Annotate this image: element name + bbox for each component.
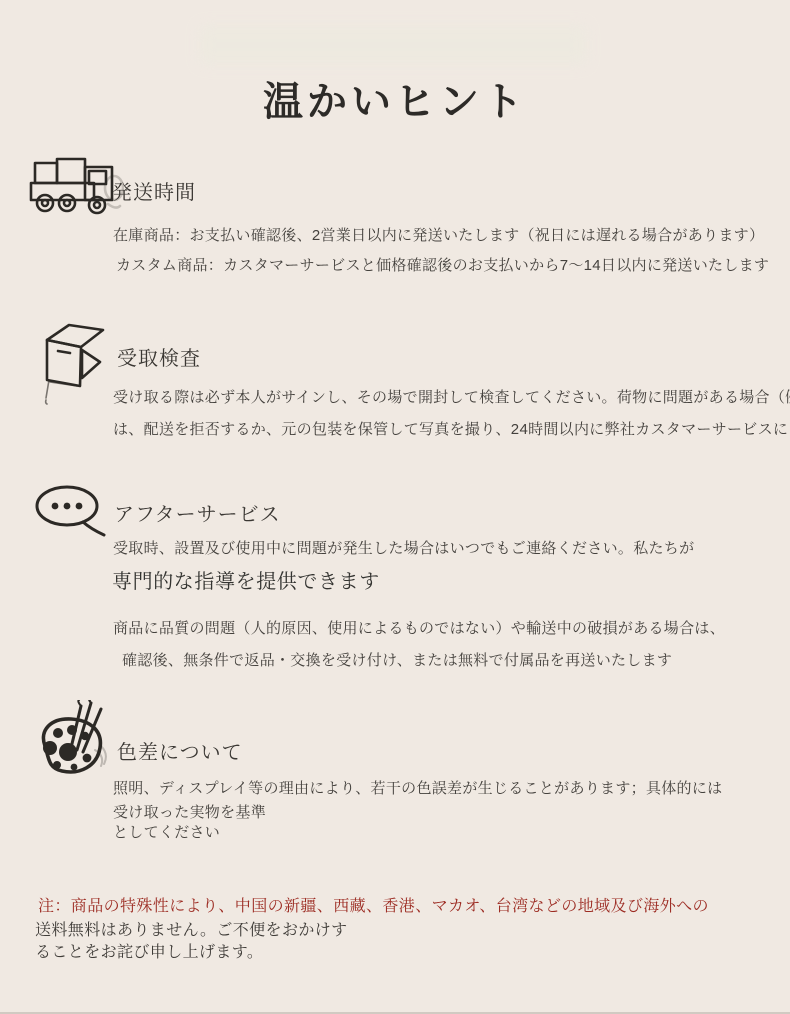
after-service-line: 商品に品質の問題（人的原因、使用によるものではない）や輸送中の破損がある場合は、	[113, 617, 725, 638]
apology-note-line: ることをお詫び申し上げます。	[35, 939, 263, 962]
warm-hints-panel: 温かいヒント 発送時間 在庫商品：お支払い確認後、2営業日以内に発送いたします（…	[0, 0, 790, 1014]
truck-icon	[28, 156, 124, 216]
box-icon	[40, 320, 110, 406]
palette-icon	[33, 700, 113, 780]
color-difference-line: 受け取った実物を基準	[113, 801, 266, 822]
inspection-line: は、配送を拒否するか、元の包装を保管して写真を撮り、24時間以内に弊社カスタマー…	[113, 418, 790, 439]
section-heading-after-service: アフターサービス	[114, 498, 281, 527]
speech-bubble-icon	[33, 483, 111, 541]
shipping-line: カスタム商品：カスタマーサービスと価格確認後のお支払いから7～14日以内に発送い…	[116, 254, 769, 275]
after-service-line: 確認後、無条件で返品・交換を受け付け、または無料で付属品を再送いたします	[122, 649, 672, 670]
color-difference-line: 照明、ディスプレイ等の理由により、若干の色誤差が生じることがあります；具体的には	[113, 777, 722, 798]
after-service-line: 受取時、設置及び使用中に問題が発生した場合はいつでもご連絡ください。私たちが	[113, 537, 694, 558]
after-service-emphasis: 専門的な指導を提供できます	[112, 565, 380, 594]
background-band	[200, 26, 586, 64]
section-heading-color-difference: 色差について	[117, 736, 243, 765]
apology-note-line: 送料無料はありません。ご不便をおかけす	[35, 917, 348, 940]
section-heading-shipping: 発送時間	[112, 176, 196, 205]
shipping-restriction-note: 注：商品の特殊性により、中国の新疆、西藏、香港、マカオ、台湾などの地域及び海外へ…	[38, 893, 709, 916]
page-title: 温かいヒント	[0, 70, 790, 127]
inspection-line: 受け取る際は必ず本人がサインし、その場で開封して検査してください。荷物に問題があ…	[113, 386, 790, 407]
shipping-line: 在庫商品：お支払い確認後、2営業日以内に発送いたします（祝日には遅れる場合があり…	[113, 224, 764, 245]
color-difference-line: としてください	[113, 821, 220, 842]
section-heading-inspection: 受取検査	[117, 342, 201, 371]
